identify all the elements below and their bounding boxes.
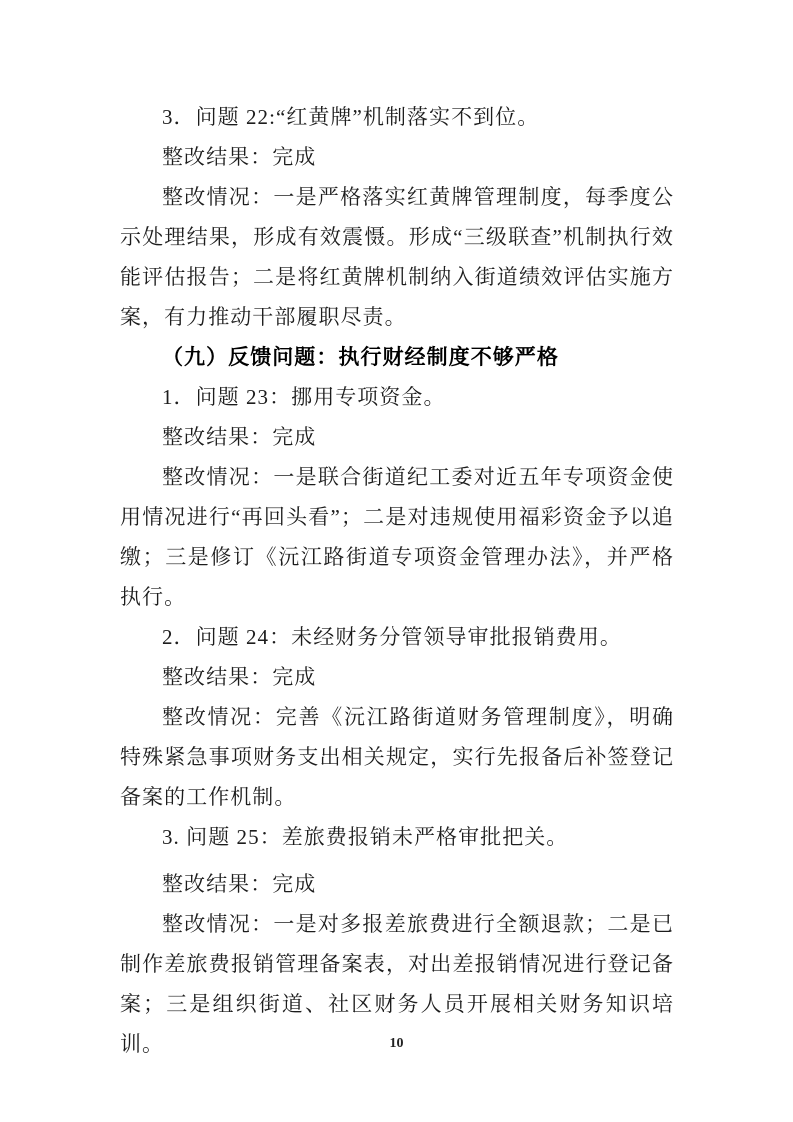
document-page: 3．问题 22:“红黄牌”机制落实不到位。 整改结果：完成 整改情况：一是严格落…: [0, 0, 793, 1122]
paragraph-problem-25-title: 3. 问题 25：差旅费报销未严格审批把关。: [120, 817, 674, 857]
paragraph-problem-24-result: 整改结果：完成: [120, 657, 674, 697]
section-9-heading: （九）反馈问题：执行财经制度不够严格: [120, 337, 674, 377]
paragraph-problem-23-result: 整改结果：完成: [120, 417, 674, 457]
paragraph-problem-22-result: 整改结果：完成: [120, 137, 674, 177]
document-body: 3．问题 22:“红黄牌”机制落实不到位。 整改结果：完成 整改情况：一是严格落…: [120, 97, 674, 1064]
paragraph-problem-22-title: 3．问题 22:“红黄牌”机制落实不到位。: [120, 97, 674, 137]
page-number: 10: [0, 1036, 793, 1052]
paragraph-problem-23-detail: 整改情况：一是联合街道纪工委对近五年专项资金使用情况进行“再回头看”；二是对违规…: [120, 457, 674, 617]
paragraph-problem-22-detail: 整改情况：一是严格落实红黄牌管理制度，每季度公示处理结果，形成有效震慑。形成“三…: [120, 177, 674, 337]
paragraph-problem-24-detail: 整改情况：完善《沅江路街道财务管理制度》，明确特殊紧急事项财务支出相关规定，实行…: [120, 697, 674, 817]
paragraph-problem-23-title: 1．问题 23：挪用专项资金。: [120, 377, 674, 417]
paragraph-problem-25-result: 整改结果：完成: [120, 864, 674, 904]
paragraph-problem-24-title: 2．问题 24：未经财务分管领导审批报销费用。: [120, 617, 674, 657]
